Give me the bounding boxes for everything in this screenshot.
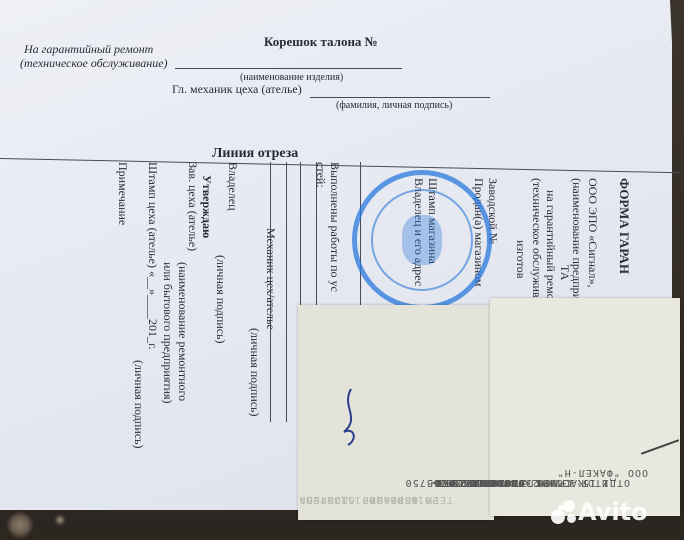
- product-field-line: [175, 68, 402, 69]
- field-line: [270, 162, 271, 422]
- company-name: ООО ЭПО «Сигнал»,: [585, 178, 600, 287]
- watermark-brand: Avito: [578, 498, 648, 526]
- receipt-line: ТЕРМ 10000800 1234589: [299, 494, 453, 505]
- service-label: (техническое обслужив: [529, 178, 544, 298]
- pen-mark: [641, 439, 679, 455]
- head-label: Зав. цеха (ателье): [185, 162, 200, 251]
- enterprise-hint: (наименование ремонтного или бытового пр…: [160, 262, 190, 422]
- stamp-date-label: Штамп цеха (ателье) «__»____201_г.: [145, 162, 160, 350]
- stub-line1: На гарантийный ремонт: [24, 42, 153, 57]
- note-label: Примечание: [115, 162, 130, 225]
- stamp-emblem: [402, 215, 442, 265]
- mechanic-signature-hint: (личная подпись): [247, 328, 262, 417]
- stamp-signature-hint: (личная подпись): [131, 360, 146, 449]
- receipt-line: СПАСИБО!: [428, 477, 512, 488]
- owner-signature-hint: (личная подпись): [213, 255, 228, 344]
- stub-title: Корешок талона №: [264, 34, 378, 50]
- warranty-label: на гарантийный ремонт: [543, 190, 558, 311]
- approve-label: Утверждаю: [199, 175, 214, 238]
- mechanic-hint: (фамилия, личная подпись): [336, 100, 452, 111]
- mechanic-label: Гл. механик цеха (ателье): [172, 82, 302, 97]
- owner-label: Владелец: [225, 162, 240, 211]
- cut-line-label: Линия отреза: [212, 146, 298, 162]
- cash-receipt: ООО "ФАКЕЛ-Н" ОТД1 *2300.00 ИТОГ *2300.0…: [490, 298, 680, 516]
- handwritten-signature: [336, 387, 366, 447]
- form-title: ФОРМА ГАРАН: [616, 178, 632, 274]
- avito-logo-icon: [551, 500, 579, 528]
- stub-line2: (техническое обслуживание): [20, 56, 168, 71]
- talon-label: ТА: [557, 265, 572, 280]
- works-done-label: Выполнены работы по ус: [327, 162, 342, 292]
- mechanic-field-line: [310, 97, 490, 98]
- maker-label: изготов: [513, 240, 528, 278]
- field-line: [286, 162, 287, 422]
